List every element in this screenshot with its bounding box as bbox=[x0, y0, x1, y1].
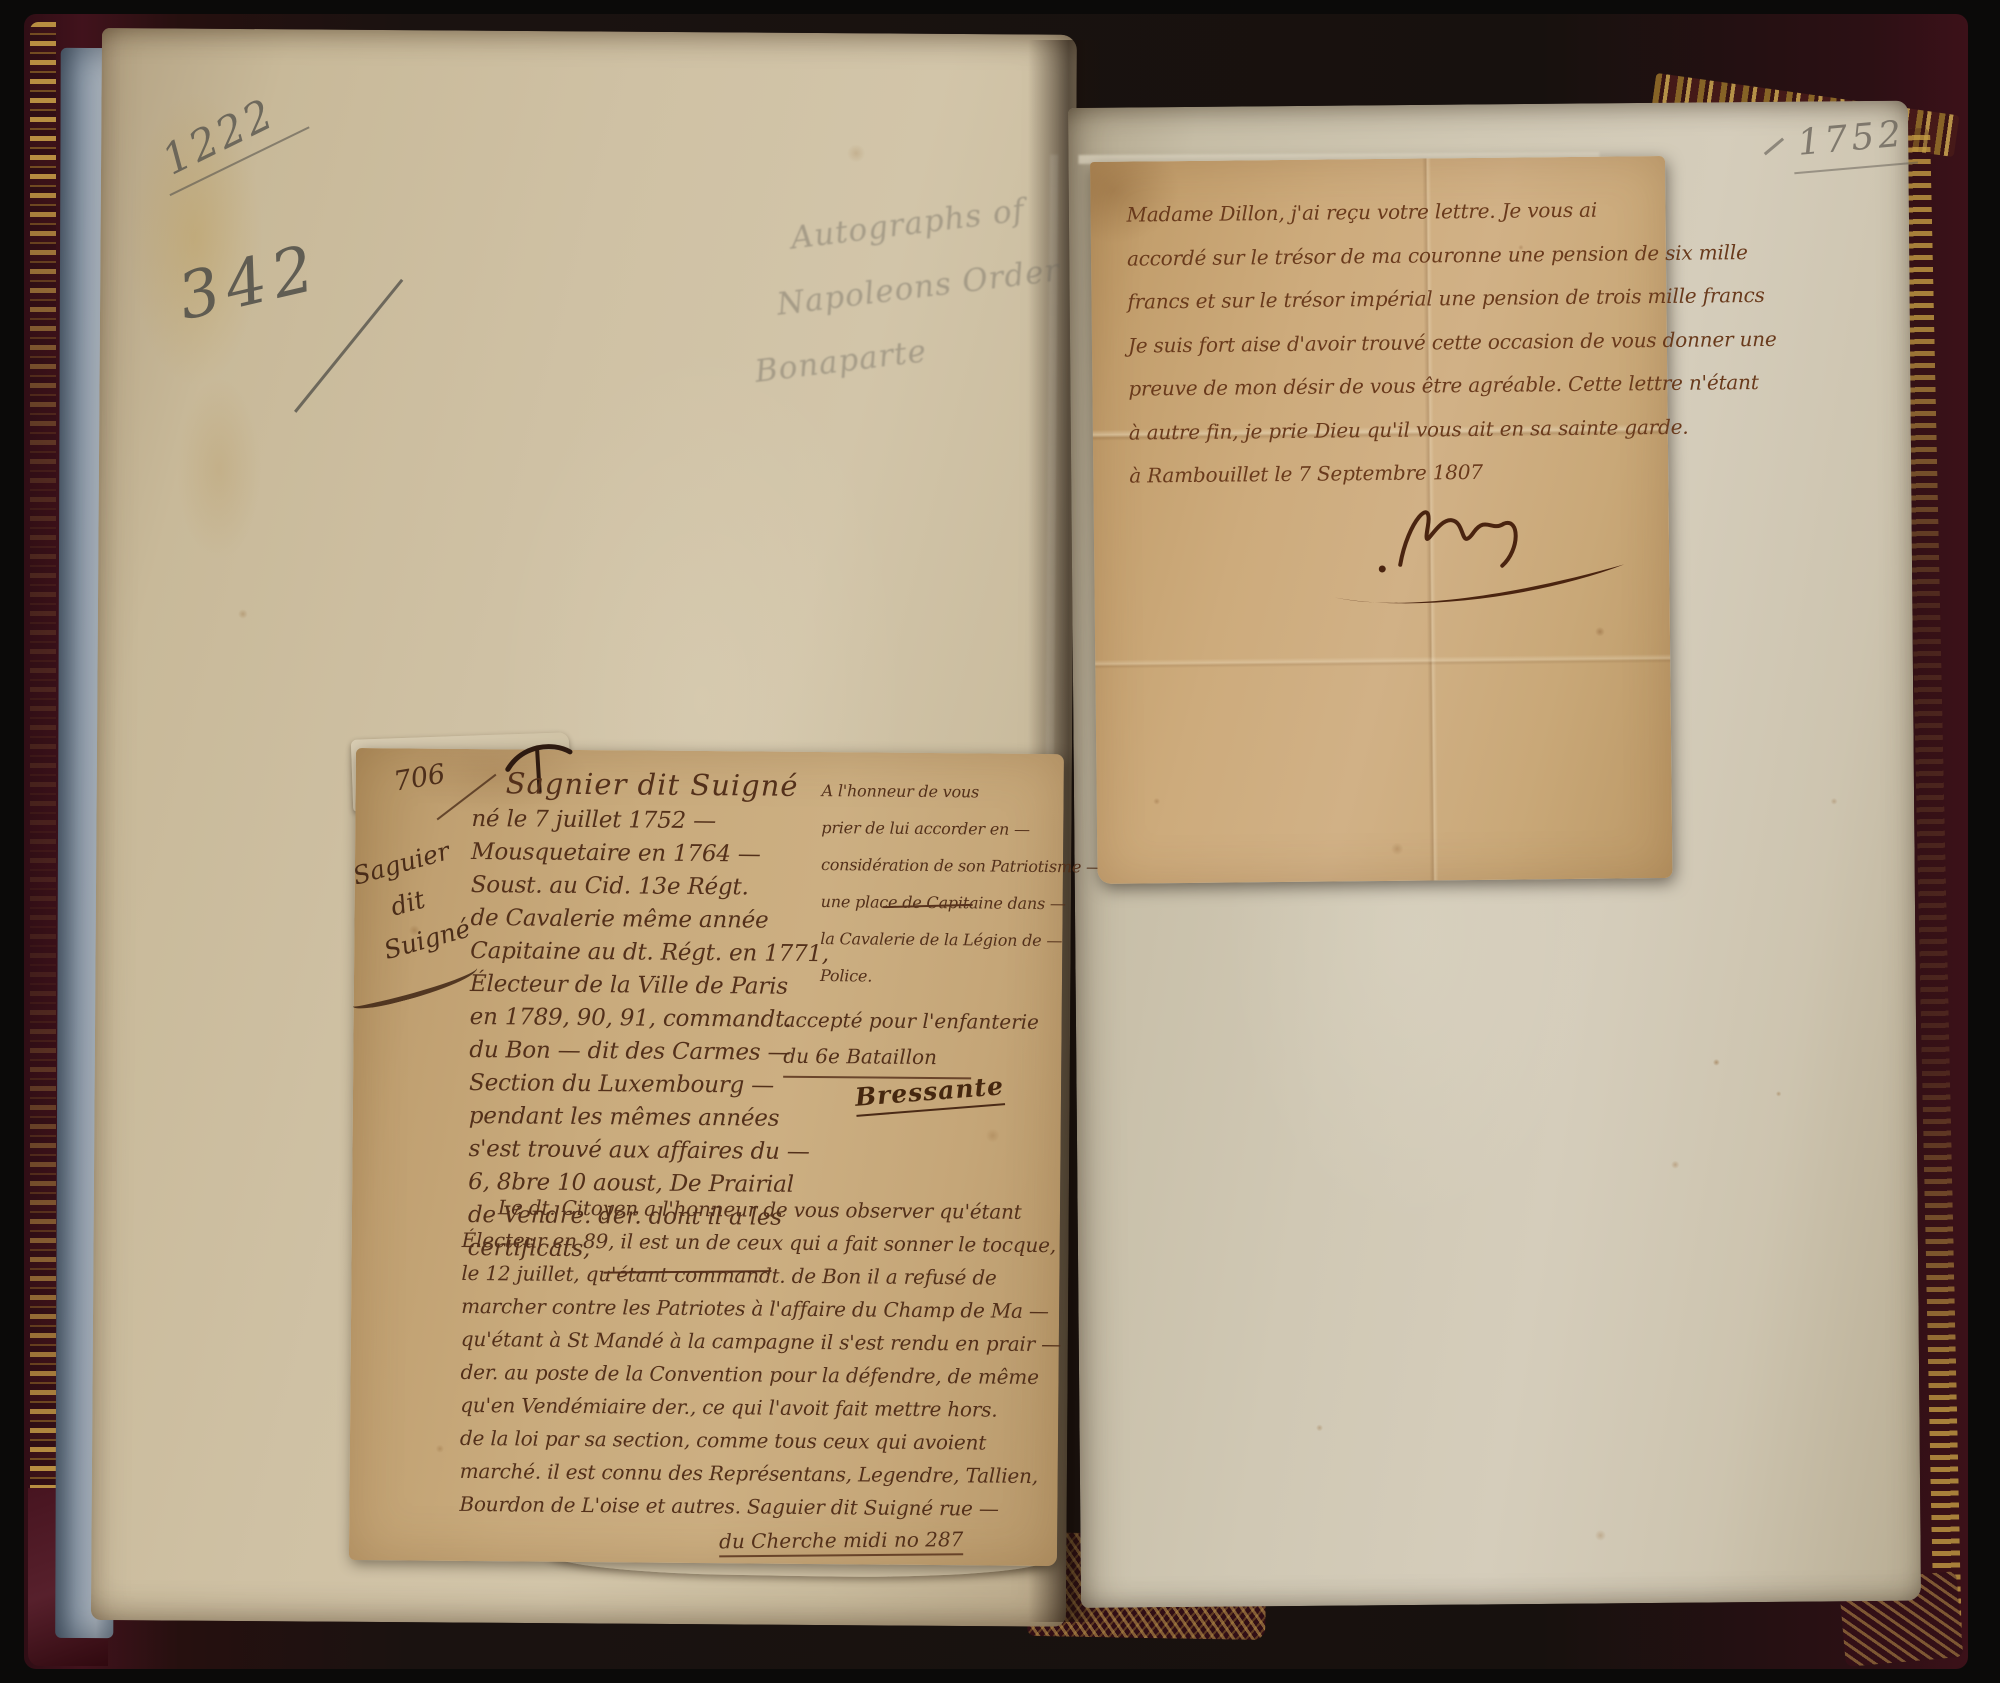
saguier-petition-document: 706 SaguierditSuigné Sagnier dit Suignén… bbox=[349, 748, 1064, 1566]
photograph-scene: 1222 342 Autographs ofNapoleons OrderBon… bbox=[0, 0, 2000, 1683]
pencil-number-1752: 1752 bbox=[1790, 113, 1918, 175]
letter-line: francs et sur le trésor impérial une pen… bbox=[1127, 274, 1776, 324]
ink-flourish-stroke bbox=[349, 961, 480, 1014]
manuscript-line: la Cavalerie de la Légion de — bbox=[820, 920, 1101, 959]
manuscript-line: Électeur de la Ville de Paris bbox=[470, 968, 829, 1004]
napoleon-signature-flourish bbox=[1305, 474, 1651, 618]
manuscript-line: considération de son Patriotisme — bbox=[821, 846, 1102, 885]
margin-name-label: SaguierditSuigné bbox=[348, 831, 475, 973]
manuscript-line: de Cavalerie même année bbox=[470, 902, 829, 938]
manuscript-line: Soust. au Cid. 13e Régt. bbox=[471, 869, 830, 905]
manuscript-line: Bourdon de L'oise et autres. Saguier dit… bbox=[459, 1488, 1059, 1526]
letter-line: preuve de mon désir de vous être agréabl… bbox=[1128, 361, 1777, 411]
manuscript-line: prier de lui accorder en — bbox=[821, 809, 1102, 848]
manuscript-line: Capitaine au dt. Régt. en 1771, bbox=[470, 935, 829, 971]
letter-text: Madame Dillon, j'ai reçu votre lettre. J… bbox=[1126, 187, 1778, 498]
manuscript-line: de la loi par sa section, comme tous ceu… bbox=[460, 1422, 1060, 1460]
napoleon-letter-document: Madame Dillon, j'ai reçu votre lettre. J… bbox=[1090, 156, 1673, 884]
manuscript-line: le 12 juillet, qu'étant commandt. de Bon… bbox=[461, 1257, 1061, 1295]
acceptance-note: accepté pour l'enfanteriedu 6e Bataillon bbox=[783, 1002, 1039, 1080]
manuscript-line: une place de Capitaine dans — bbox=[821, 883, 1102, 922]
pencil-collector-note: Autographs ofNapoleons OrderBonaparte bbox=[757, 175, 1071, 401]
letter-line: à autre fin, je prie Dieu qu'il vous ait… bbox=[1129, 404, 1778, 454]
petition-paragraph: Le dt. Citoyen a l'honneur de vous obser… bbox=[459, 1191, 1062, 1526]
manuscript-line: der. au poste de la Convention pour la d… bbox=[460, 1356, 1060, 1394]
manuscript-line: né le 7 juillet 1752 — bbox=[471, 803, 830, 839]
manuscript-line: qu'étant à St Mandé à la campagne il s'e… bbox=[461, 1323, 1061, 1361]
manuscript-line: s'est trouvé aux affaires du — bbox=[468, 1133, 827, 1169]
manuscript-line: du 6e Bataillon bbox=[783, 1038, 971, 1080]
manuscript-line: pendant les mêmes années bbox=[469, 1100, 828, 1136]
address-line: du Cherche midi no 287 bbox=[719, 1527, 964, 1557]
letter-line: accordé sur le trésor de ma couronne une… bbox=[1127, 230, 1776, 280]
gilt-tooling-left-edge bbox=[30, 22, 56, 1664]
document-number: 706 bbox=[392, 759, 448, 798]
manuscript-line: marché. il est connu des Représentans, L… bbox=[460, 1455, 1060, 1493]
manuscript-line: Sagnier dit Suigné bbox=[472, 763, 831, 806]
manuscript-line: Le dt. Citoyen a l'honneur de vous obser… bbox=[462, 1191, 1062, 1229]
manuscript-line: Section du Luxembourg — bbox=[469, 1067, 828, 1103]
letter-line: Je suis fort aise d'avoir trouvé cette o… bbox=[1128, 317, 1777, 367]
manuscript-line: Police. bbox=[820, 957, 1101, 996]
manuscript-line: Électeur en 89, il est un de ceux qui a … bbox=[462, 1224, 1062, 1262]
paper-fold-crease bbox=[1095, 654, 1670, 669]
manuscript-line: marcher contre les Patriotes à l'affaire… bbox=[461, 1290, 1061, 1328]
request-column: A l'honneur de vousprier de lui accorder… bbox=[820, 772, 1103, 996]
manuscript-line: qu'en Vendémiaire der., ce qui l'avoit f… bbox=[460, 1389, 1060, 1427]
manuscript-line: Mousquetaire en 1764 — bbox=[471, 836, 830, 872]
manuscript-line: A l'honneur de vous bbox=[821, 772, 1102, 811]
manuscript-line: du Bon — dit des Carmes — bbox=[469, 1034, 828, 1070]
manuscript-line: en 1789, 90, 91, commandt. bbox=[470, 1001, 829, 1037]
manuscript-line: accepté pour l'enfanterie bbox=[783, 1002, 1039, 1040]
letter-line: Madame Dillon, j'ai reçu votre lettre. J… bbox=[1126, 187, 1775, 237]
